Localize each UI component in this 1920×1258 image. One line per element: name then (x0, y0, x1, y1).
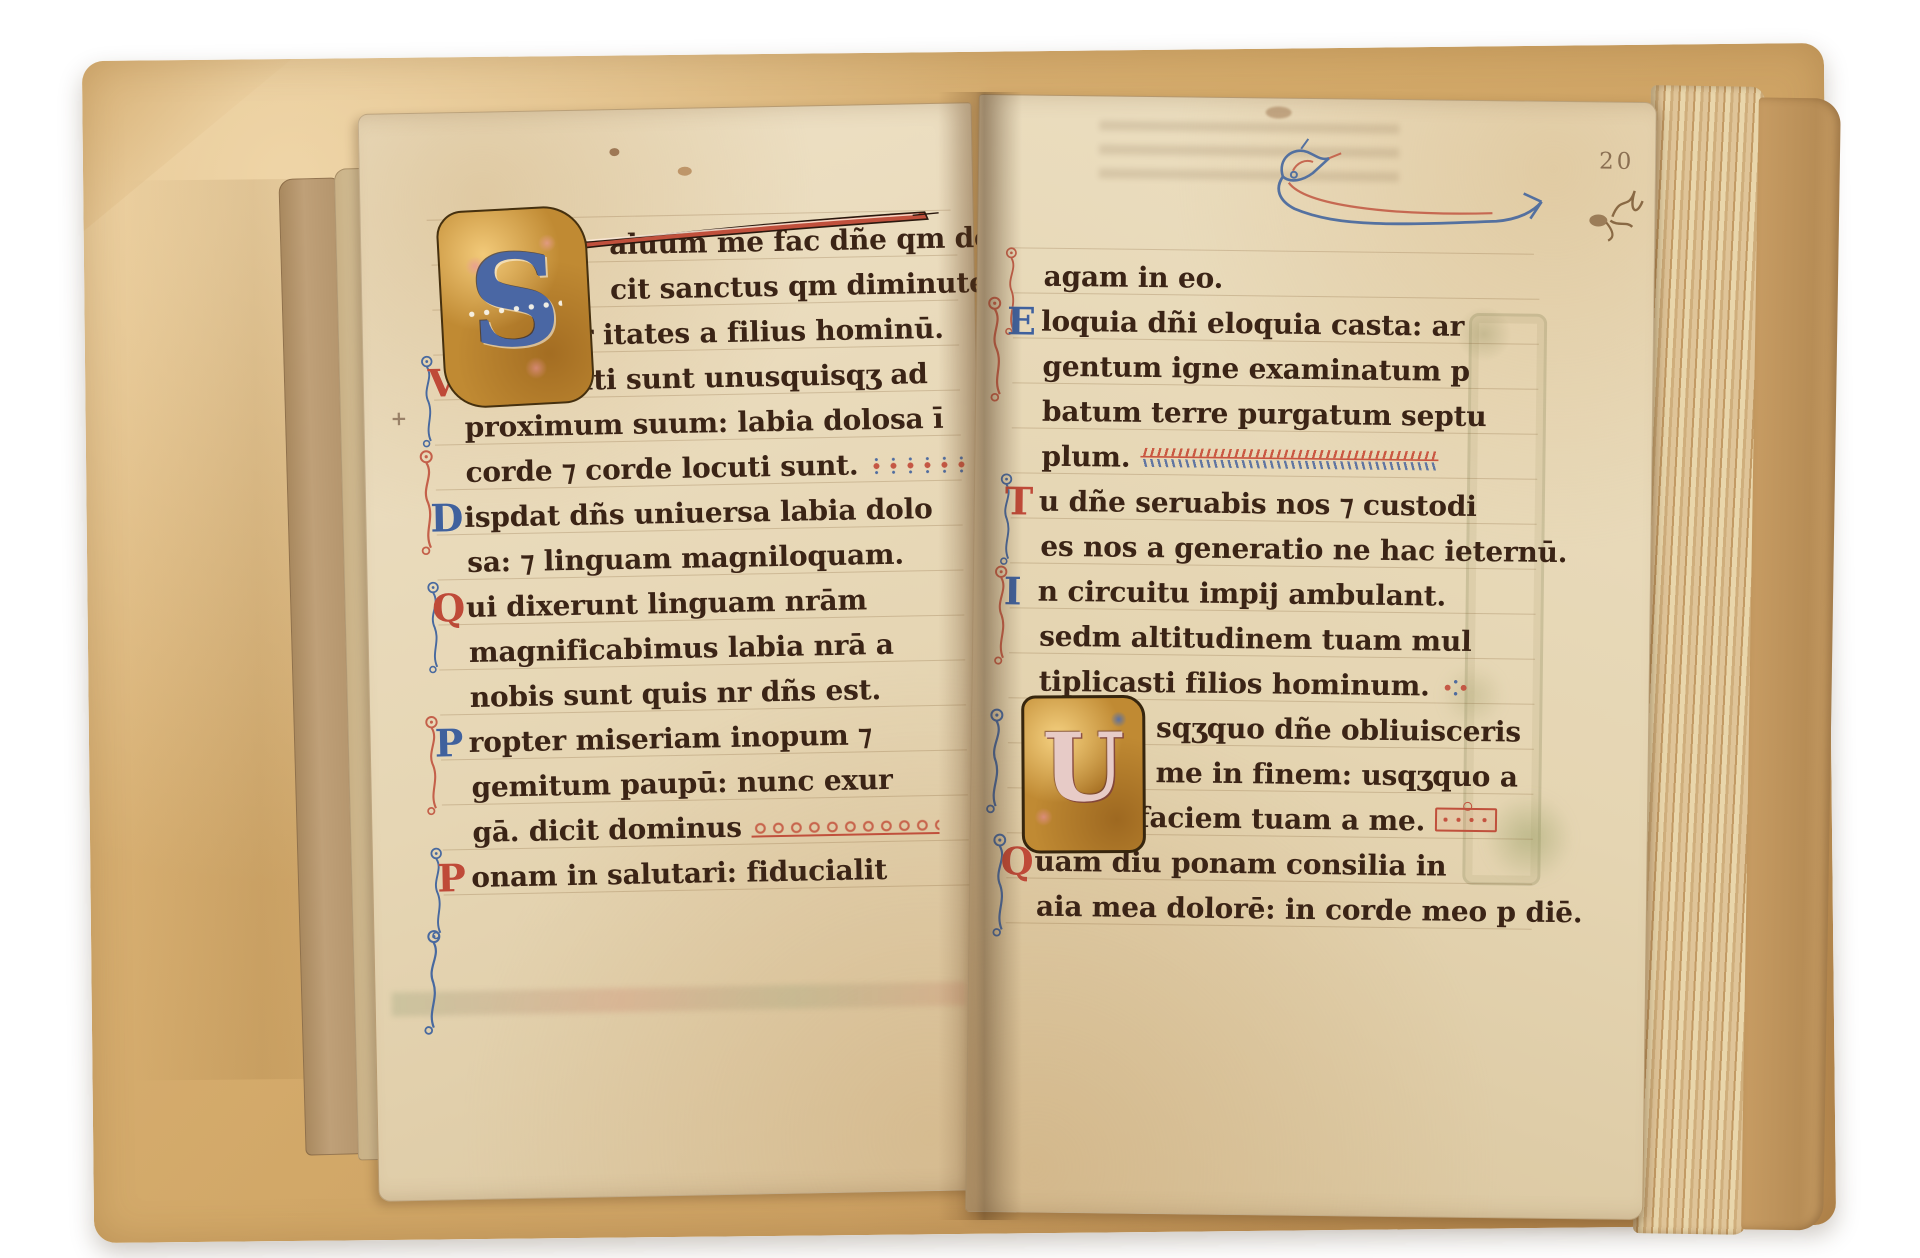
line-text: onam in salutari: fiducialit (471, 853, 887, 894)
versal-initial: D (430, 498, 465, 539)
versal-initial: I (1004, 571, 1038, 611)
folio-number: 20 (1599, 148, 1635, 174)
manuscript-line: Eloquia dñi eloquia casta: ar (1043, 299, 1526, 350)
left-page: + S aluum me fac dñe qm defe cit sanctus… (358, 102, 993, 1202)
flower-line-filler-icon (1440, 679, 1472, 697)
illuminated-initial-u-icon: U (1021, 695, 1146, 854)
manuscript-line: aia mea dolorē: in corde meo p diē. (1036, 884, 1519, 935)
manuscript-line: Tu dñe seruabis nos ⁊ custodi (1041, 479, 1524, 530)
line-text: batum terre purgatum septu (1042, 395, 1487, 433)
margin-pen-flourish-icon (983, 701, 1013, 822)
manuscript-line: batum terre purgatum septu (1042, 389, 1525, 440)
manuscript-line: gentum igne examinatum p (1042, 344, 1525, 395)
plus-mark: + (390, 406, 407, 430)
line-text: corde ⁊ corde locuti sunt. (465, 448, 858, 489)
manuscript-photo: + S aluum me fac dñe qm defe cit sanctus… (0, 0, 1920, 1258)
line-text: ui dixerunt linguam nrām (466, 583, 867, 624)
right-text-block: U agam in eo. Eloquia dñi eloquia casta:… (1036, 254, 1526, 935)
line-text: gentum igne examinatum p (1042, 350, 1470, 388)
line-text: sa: ⁊ linguam magniloquam. (467, 538, 904, 579)
descender-pen-flourish-icon (421, 907, 450, 1058)
manuscript-line: sedm altitudinem tuam mul (1039, 614, 1522, 665)
manuscript-line: In circuitu impij ambulant. (1040, 569, 1523, 620)
line-text: gā. dicit dominus (472, 811, 742, 849)
line-text: aia mea dolorē: in corde meo p diē. (1036, 890, 1583, 930)
line-text: n circuitu impij ambulant. (1038, 575, 1447, 613)
versal-initial: P (434, 723, 469, 764)
line-text: sedm altitudinem tuam mul (1039, 620, 1472, 658)
line-text: agam in eo. (1043, 260, 1223, 295)
left-text-block: S aluum me fac dñe qm defe cit sanctus q… (461, 216, 956, 900)
rosette-line-filler-icon (868, 455, 974, 475)
stain (609, 148, 619, 156)
versal-initial: T (1005, 481, 1039, 521)
line-text: u dñe seruabis nos ⁊ custodi (1039, 485, 1477, 523)
line-text: ispdat dñs uniuersa labia dolo (464, 492, 933, 534)
line-text: es nos a generatio ne hac ieternū. (1040, 530, 1567, 569)
vine-line-filler-icon (752, 816, 940, 838)
line-text: sqʒquo dñe obliuisceris (1156, 711, 1521, 748)
line-text: magnificabimus labia nrā a (469, 628, 894, 669)
line-text: cit sanctus qm diminute (610, 266, 987, 306)
feather-line-filler-icon (1140, 448, 1438, 472)
illuminated-initial-s-icon: S (435, 204, 595, 410)
versal-initial: P (437, 858, 472, 899)
line-text: plum. (1041, 440, 1130, 474)
line-text: ropter miseriam inopum ⁊ (468, 718, 872, 759)
line-text: proximum suum: labia dolosa ī (464, 402, 943, 444)
red-cadel-extender-icon (573, 206, 942, 249)
manuscript-line: es nos a generatio ne hac ieternū. (1040, 524, 1523, 575)
versal-initial: E (1007, 301, 1041, 341)
manuscript-line: plum. (1041, 434, 1524, 485)
dragon-pen-flourish-icon (1246, 136, 1549, 244)
ink-scribble-icon (1582, 176, 1653, 243)
show-through-band (391, 981, 965, 1016)
line-text: gemitum paupū: nunc exur (471, 763, 893, 804)
line-text: nobis sunt quis nr dñs est. (470, 673, 882, 714)
versal-initial: Q (432, 588, 467, 629)
box-line-filler-icon (1435, 808, 1497, 833)
line-text: loquia dñi eloquia casta: ar (1041, 305, 1464, 343)
manuscript-line: agam in eo. (1043, 254, 1526, 305)
manuscript-line: Ponam in salutari: fiducialit (473, 846, 956, 900)
stain (678, 167, 692, 176)
right-page: 20 U agam in eo. Eloquia dñi eloquia cas… (965, 94, 1657, 1220)
line-text: me in finem: usqʒquo a (1155, 756, 1518, 793)
